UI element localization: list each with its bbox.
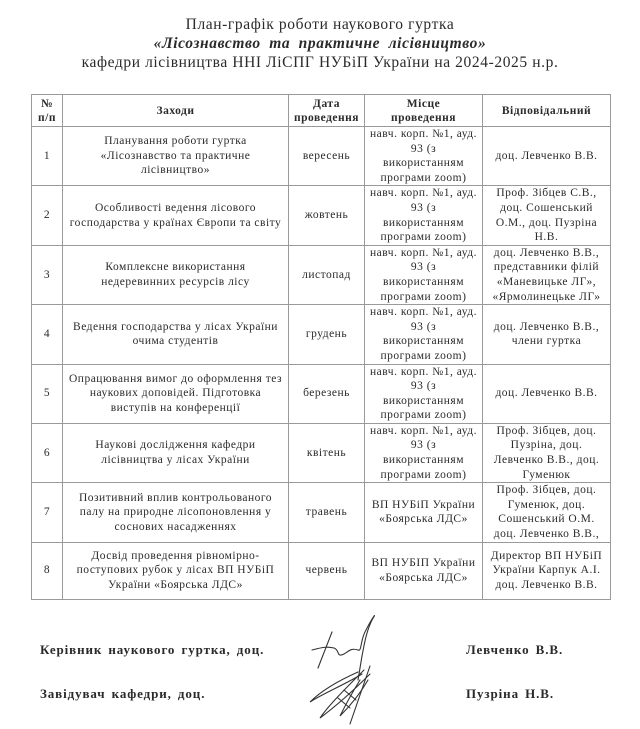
- row-date: травень: [289, 483, 365, 542]
- header-place-line2: проведення: [391, 112, 456, 124]
- row-activity: Позитивний вплив контрольованого палу на…: [63, 483, 289, 542]
- row-number: 3: [32, 245, 63, 304]
- table-row: 1Планування роботи гуртка «Лісознавство …: [32, 127, 611, 186]
- table-row: 5Опрацювання вимог до оформлення тез нау…: [32, 364, 611, 423]
- row-number: 7: [32, 483, 63, 542]
- row-responsible: доц. Левченко В.В., члени гуртка: [483, 305, 611, 364]
- row-place: навч. корп. №1, ауд. 93 (з використанням…: [365, 186, 483, 245]
- row-place: навч. корп. №1, ауд. 93 (з використанням…: [365, 245, 483, 304]
- row-place: навч. корп. №1, ауд. 93 (з використанням…: [365, 127, 483, 186]
- row-place: ВП НУБіП України «Боярська ЛДС»: [365, 483, 483, 542]
- table-row: 4Ведення господарства у лісах України оч…: [32, 305, 611, 364]
- header-place-line1: Місце: [407, 98, 440, 110]
- row-date: листопад: [289, 245, 365, 304]
- row-number: 5: [32, 364, 63, 423]
- row-responsible: Директор ВП НУБіП України Карпук А.І. до…: [483, 542, 611, 599]
- row-date: жовтень: [289, 186, 365, 245]
- schedule-table: №п/п Заходи Датапроведення Місцепроведен…: [31, 94, 611, 600]
- table-row: 7Позитивний вплив контрольованого палу н…: [32, 483, 611, 542]
- row-activity: Наукові дослідження кафедри лісівництва …: [63, 423, 289, 482]
- row-responsible: доц. Левченко В.В.: [483, 127, 611, 186]
- row-place: навч. корп. №1, ауд. 93 (з використанням…: [365, 423, 483, 482]
- department-subtitle: кафедри лісівництва ННІ ЛіСПГ НУБіП Укра…: [0, 54, 640, 72]
- table-row: 8Досвід проведення рівномірно-поступових…: [32, 542, 611, 599]
- handwritten-signature-icon: [300, 610, 420, 725]
- head-name: Левченко В.В.: [466, 642, 563, 658]
- row-date: березень: [289, 364, 365, 423]
- header-activity: Заходи: [63, 95, 289, 127]
- document-title: План-графік роботи наукового гуртка: [0, 16, 640, 34]
- header-date: Датапроведення: [289, 95, 365, 127]
- row-place: навч. корп. №1, ауд. 93 (з використанням…: [365, 364, 483, 423]
- row-number: 8: [32, 542, 63, 599]
- header-number-line1: №: [41, 98, 53, 110]
- header-place: Місцепроведення: [365, 95, 483, 127]
- table-row: 2Особливості ведення лісового господарст…: [32, 186, 611, 245]
- row-date: квітень: [289, 423, 365, 482]
- head-title: Керівник наукового гуртка, доц.: [40, 642, 264, 658]
- row-place: навч. корп. №1, ауд. 93 (з використанням…: [365, 305, 483, 364]
- header-number: №п/п: [32, 95, 63, 127]
- row-activity: Досвід проведення рівномірно-поступових …: [63, 542, 289, 599]
- row-place: ВП НУБІП України «Боярська ЛДС»: [365, 542, 483, 599]
- row-number: 6: [32, 423, 63, 482]
- row-responsible: Проф. Зібцев, доц. Пузріна, доц. Левченк…: [483, 423, 611, 482]
- table-row: 3Комплексне використання недеревинних ре…: [32, 245, 611, 304]
- row-date: червень: [289, 542, 365, 599]
- chair-name: Пузріна Н.В.: [466, 686, 554, 702]
- row-number: 2: [32, 186, 63, 245]
- header-date-line1: Дата: [313, 98, 340, 110]
- row-date: вересень: [289, 127, 365, 186]
- row-number: 1: [32, 127, 63, 186]
- row-activity: Планування роботи гуртка «Лісознавство т…: [63, 127, 289, 186]
- row-date: грудень: [289, 305, 365, 364]
- row-activity: Опрацювання вимог до оформлення тез наук…: [63, 364, 289, 423]
- table-row: 6Наукові дослідження кафедри лісівництва…: [32, 423, 611, 482]
- row-activity: Комплексне використання недеревинних рес…: [63, 245, 289, 304]
- row-activity: Особливості ведення лісового господарств…: [63, 186, 289, 245]
- table-header-row: №п/п Заходи Датапроведення Місцепроведен…: [32, 95, 611, 127]
- row-responsible: Проф. Зібцев С.В., доц. Сошенський О.М.,…: [483, 186, 611, 245]
- row-number: 4: [32, 305, 63, 364]
- header-date-line2: проведення: [294, 112, 359, 124]
- row-responsible: доц. Левченко В.В.: [483, 364, 611, 423]
- row-responsible: доц. Левченко В.В., представники філій «…: [483, 245, 611, 304]
- row-activity: Ведення господарства у лісах України очи…: [63, 305, 289, 364]
- header-number-line2: п/п: [38, 112, 56, 124]
- header-responsible: Відповідальний: [483, 95, 611, 127]
- row-responsible: Проф. Зібцев, доц. Гуменюк, доц. Сошенсь…: [483, 483, 611, 542]
- chair-title: Завідувач кафедри, доц.: [40, 686, 205, 702]
- circle-name: «Лісознавство та практичне лісівництво»: [0, 35, 640, 53]
